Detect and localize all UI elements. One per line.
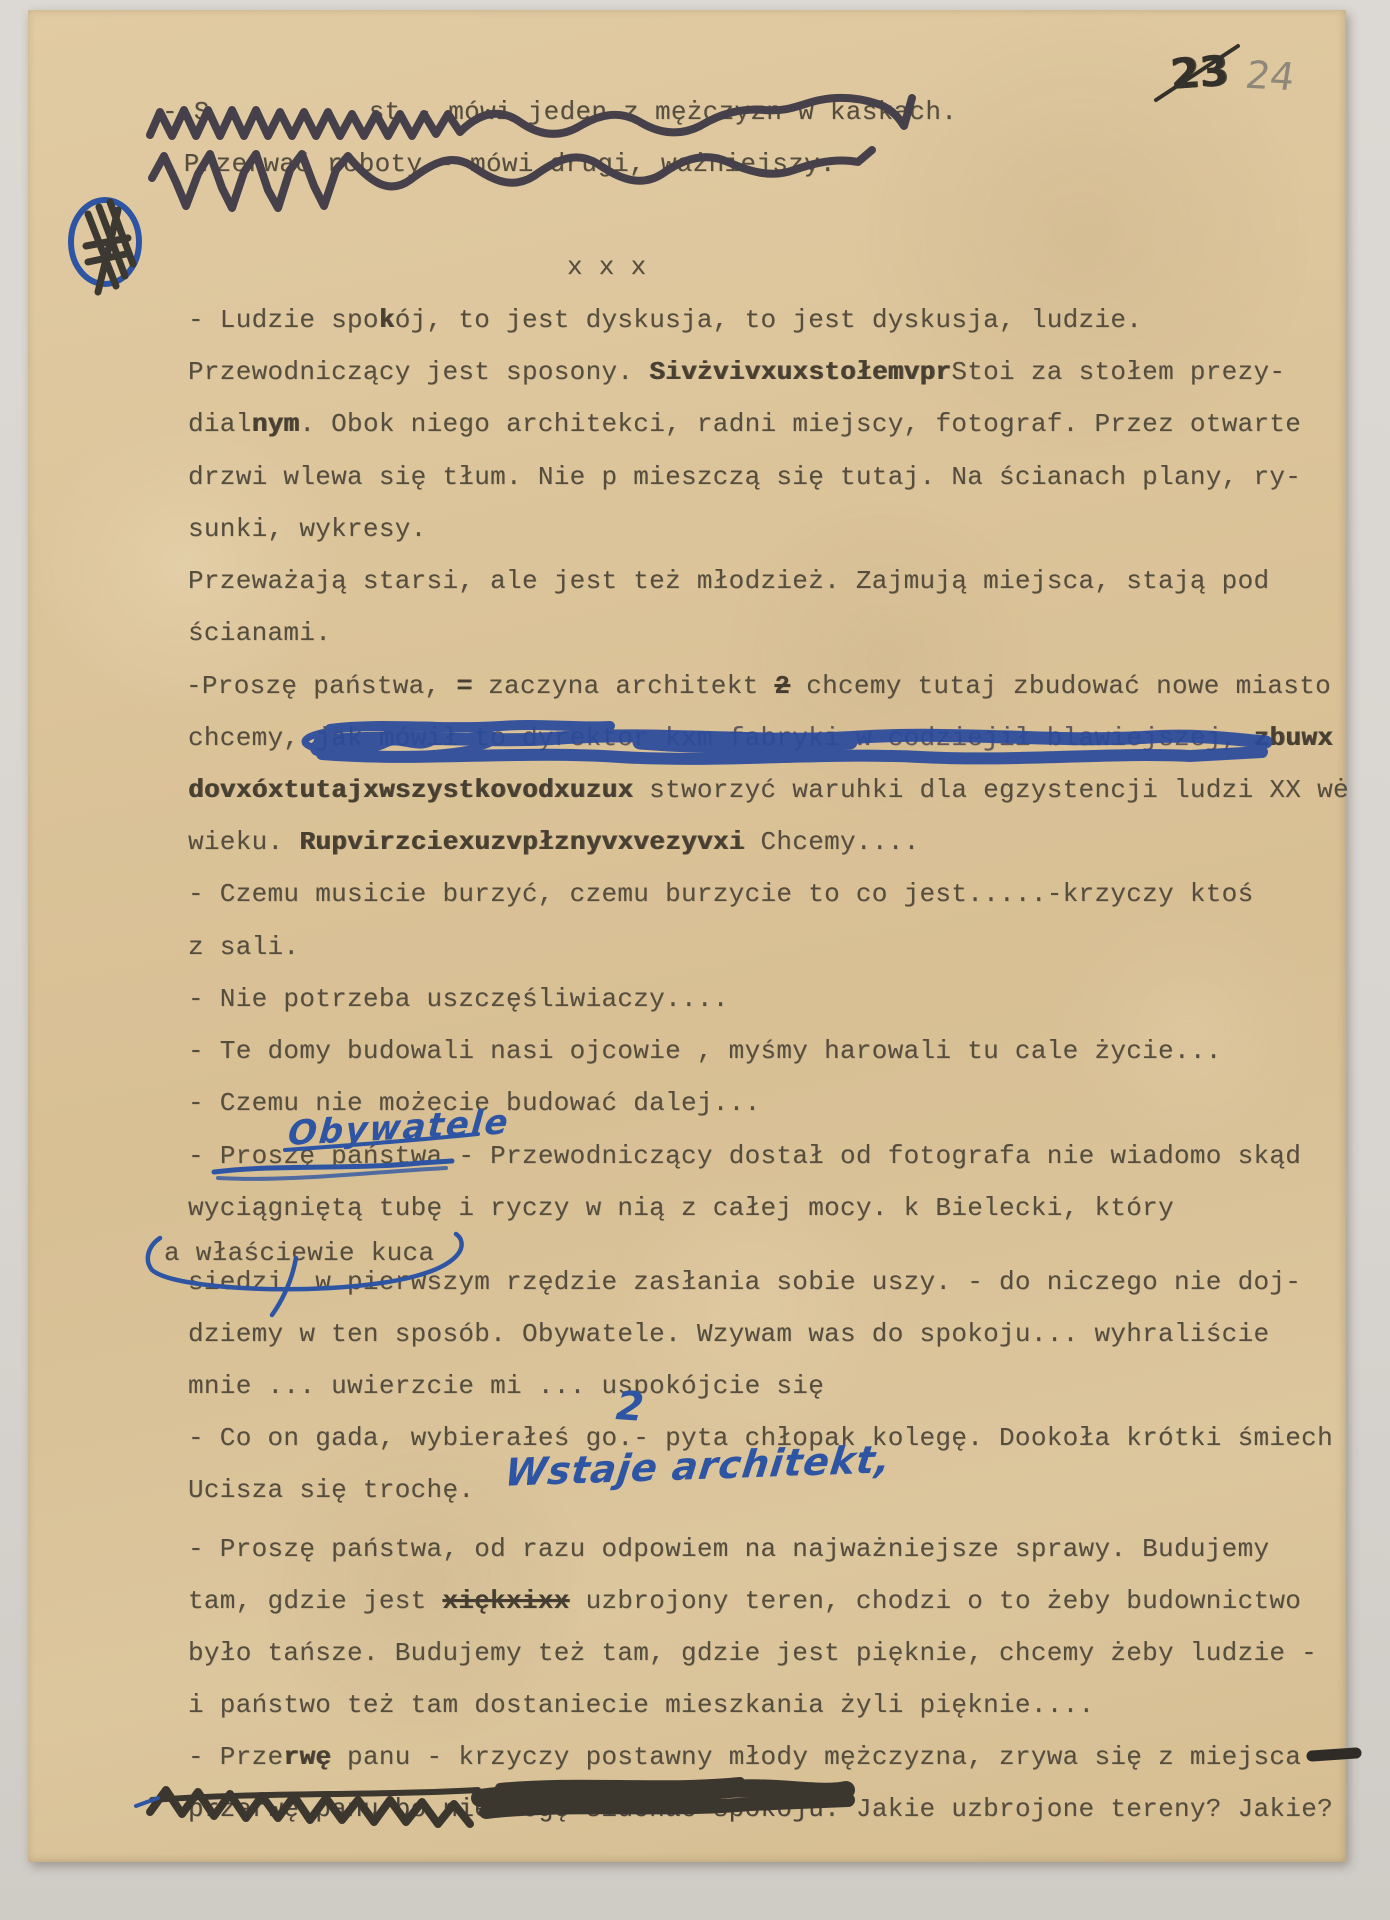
line-segment: Rupvirzciexuzvpłznyvxvezyvxi xyxy=(299,827,744,857)
typed-line-l11: -Proszę państwa, = zaczyna architekt 2 c… xyxy=(186,671,1331,701)
line-segment: - Ludzie spo xyxy=(188,305,379,335)
typed-line-sep: x x x xyxy=(567,252,647,282)
line-segment: . Obok niego architekci, radni miejscy, … xyxy=(299,409,1301,439)
typed-line-l15: - Czemu musicie burzyć, czemu burzycie t… xyxy=(188,879,1253,909)
line-segment: drzwi wlewa się tłum. Nie p mieszczą się… xyxy=(188,462,1301,492)
line-segment: k Bielecki, który xyxy=(904,1193,1174,1223)
line-segment: - xyxy=(442,1141,490,1171)
line-segment: x x x xyxy=(567,252,647,282)
typed-line-l10: ścianami. xyxy=(188,618,331,648)
line-segment: ój, to jest dyskusja, to jest dyskusja, … xyxy=(395,305,1142,335)
line-segment xyxy=(1238,723,1254,753)
line-segment: - Nie potrzeba uszczęśliwiaczy.... xyxy=(188,984,729,1014)
line-segment: Ucisza się trochę. xyxy=(188,1475,474,1505)
typescript-scan: { "page_numbers": { "crossed_out": "23",… xyxy=(0,0,1390,1920)
typed-line-l17: - Nie potrzeba uszczęśliwiaczy.... xyxy=(188,984,729,1014)
line-segment: Przewodniczący jest sposony. xyxy=(188,357,649,387)
typed-line-l33: przerwę panu bo nie mogę słuchać spokoju… xyxy=(188,1794,1333,1824)
line-segment: jak mówił to dyrektor kxm fabryki w codz… xyxy=(315,723,1237,753)
line-segment: stworzyć waruhki dla egzystencji ludzi X… xyxy=(633,775,1349,805)
line-segment: zaczyna architekt xyxy=(472,671,774,701)
line-segment: uzbrojony teren, chodzi o to żeby budown… xyxy=(570,1586,1302,1616)
line-segment: a właściewie kuca xyxy=(164,1238,434,1268)
line-segment: Przeważają starsi, ale jest też młodzież… xyxy=(188,566,1269,596)
line-segment: chcemy tutaj zbudować nowe miasto xyxy=(790,671,1331,701)
line-segment: mnie ... uwierzcie mi ... uspokójcie się xyxy=(188,1371,824,1401)
line-segment: było tańsze. Budujemy też tam, gdzie jes… xyxy=(188,1638,1317,1668)
line-segment: dziemy w ten sposób. Obywatele. Wzywam w… xyxy=(188,1319,1269,1349)
typed-line-l27: Ucisza się trochę. xyxy=(188,1475,474,1505)
typed-line-cut1: - S st - mówi jeden z mężczyzn w kaskach… xyxy=(162,97,957,127)
typed-line-l16: z sali. xyxy=(188,932,299,962)
typed-line-l4: - Ludzie spokój, to jest dyskusja, to je… xyxy=(188,305,1142,335)
typed-line-l31: i państwo też tam dostaniecie mieszkania… xyxy=(188,1690,1094,1720)
line-segment: k xyxy=(379,305,395,335)
line-segment: - Przerwać roboty - mówi drugi, ważniejs… xyxy=(152,149,836,179)
line-segment: - S st - mówi jeden z mężczyzn w kaskach… xyxy=(162,97,957,127)
typed-line-l8: sunki, wykresy. xyxy=(188,514,427,544)
typed-line-l12: chcemy, jak mówił to dyrektor kxm fabryk… xyxy=(188,723,1333,753)
line-segment: chcemy, xyxy=(188,723,315,753)
line-segment: i państwo też tam dostaniecie mieszkania… xyxy=(188,1690,1094,1720)
line-segment: - Prze xyxy=(188,1742,283,1772)
line-segment: Sivżvivxuxstołemvpr xyxy=(649,357,951,387)
line-segment: Chcemy.... xyxy=(745,827,920,857)
line-segment: tam, gdzie jest xyxy=(188,1586,442,1616)
line-segment: sunki, wykresy. xyxy=(188,514,427,544)
typed-line-l18: - Te domy budowali nasi ojcowie , myśmy … xyxy=(188,1036,1222,1066)
handwritten-question-mark: 2 xyxy=(614,1383,645,1431)
line-segment: ścianami. xyxy=(188,618,331,648)
line-segment: przerwę panu bo nie mogę słuchać spokoju xyxy=(188,1794,824,1824)
line-segment: wieku. xyxy=(188,827,299,857)
typed-line-l23: siedzi w pierwszym rzędzie zasłania sobi… xyxy=(188,1267,1301,1297)
line-segment: - Te domy budowali nasi ojcowie , myśmy … xyxy=(188,1036,1222,1066)
line-segment: rwę xyxy=(283,1742,331,1772)
typed-line-l9: Przeważają starsi, ale jest też młodzież… xyxy=(188,566,1269,596)
line-segment: dial xyxy=(188,409,252,439)
typed-line-l30: było tańsze. Budujemy też tam, gdzie jes… xyxy=(188,1638,1317,1668)
line-segment: wyciągniętą tubę i ryczy w nią z całej m… xyxy=(188,1193,904,1223)
line-segment: 2 xyxy=(774,671,790,701)
typed-line-l7: drzwi wlewa się tłum. Nie p mieszczą się… xyxy=(188,462,1301,492)
page-number-crossed: 23 xyxy=(1168,46,1230,99)
line-segment: nym xyxy=(252,409,300,439)
line-segment: -Proszę państwa, xyxy=(186,671,456,701)
line-segment: siedzi w pierwszym rzędzie zasłania sobi… xyxy=(188,1267,1301,1297)
line-segment: z sali. xyxy=(188,932,299,962)
line-segment: xiękxixx xyxy=(442,1586,569,1616)
typed-line-l5: Przewodniczący jest sposony. Sivżvivxuxs… xyxy=(188,357,1285,387)
typed-line-l13: dovxóxtutajxwszystkovodxuzux stworzyć wa… xyxy=(188,775,1349,805)
line-segment: dovxóxtutajxwszystkovodxuzux xyxy=(188,775,633,805)
typed-line-l28: - Proszę państwa, od razu odpowiem na na… xyxy=(188,1534,1269,1564)
line-segment: panu - krzyczy postawny młody mężczyzna,… xyxy=(331,1742,1301,1772)
typed-line-l21: wyciągniętą tubę i ryczy w nią z całej m… xyxy=(188,1193,1174,1225)
typed-line-l29: tam, gdzie jest xiękxixx uzbrojony teren… xyxy=(188,1586,1301,1616)
line-segment: Stoi za stołem prezy- xyxy=(951,357,1285,387)
line-segment: Przewodniczący dostał od fotografa nie w… xyxy=(490,1141,1301,1171)
line-segment: - Czemu musicie burzyć, czemu burzycie t… xyxy=(188,879,1253,909)
line-segment: Jakie uzbrojone tereny? Jakie? xyxy=(856,1794,1333,1824)
line-segment: - Proszę państwa, od razu odpowiem na na… xyxy=(188,1534,1269,1564)
line-segment: . xyxy=(824,1794,856,1824)
typed-line-ins: a właściewie kuca xyxy=(164,1238,434,1268)
line-segment: - xyxy=(188,1141,220,1171)
typed-line-l25: mnie ... uwierzcie mi ... uspokójcie się xyxy=(188,1371,824,1401)
typescript-lines: - S st - mówi jeden z mężczyzn w kaskach… xyxy=(0,0,1390,1920)
typed-line-l6: dialnym. Obok niego architekci, radni mi… xyxy=(188,409,1301,439)
line-segment: zbuwx xyxy=(1254,723,1334,753)
line-segment: = xyxy=(456,671,472,701)
typed-line-l32: - Przerwę panu - krzyczy postawny młody … xyxy=(188,1742,1301,1772)
typed-line-cut2: - Przerwać roboty - mówi drugi, ważniejs… xyxy=(152,149,836,179)
typed-line-l24: dziemy w ten sposób. Obywatele. Wzywam w… xyxy=(188,1319,1269,1349)
page-number-current: 24 xyxy=(1243,53,1298,99)
typed-line-l14: wieku. Rupvirzciexuzvpłznyvxvezyvxi Chce… xyxy=(188,827,920,857)
